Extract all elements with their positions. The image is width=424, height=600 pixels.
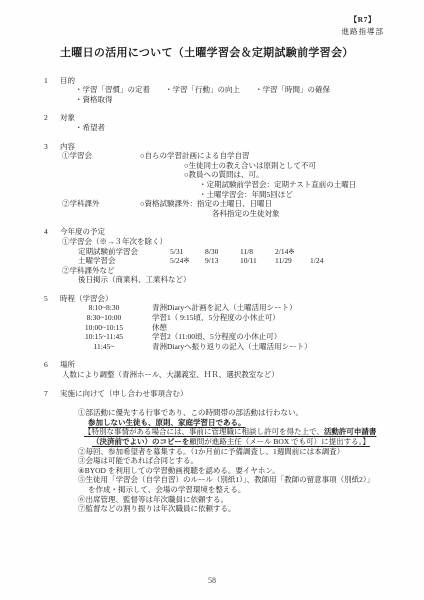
content-group1-row: ①学習会 ○自らの学習計画による自学自習 bbox=[44, 151, 404, 161]
date-row-saturday: 土曜学習会 5/24※ 9/13 10/11 11/29 1/24 bbox=[44, 256, 404, 266]
section-target-heading: 2対象 bbox=[44, 113, 404, 123]
section-place: 6場所 人数により調整（青洲ホール、大講義室、ＨＲ、選択教室など） bbox=[44, 360, 404, 379]
group1-item2: ○生徒同士の教え合いは原則として不可 bbox=[184, 161, 404, 171]
impl-item1-emphasis: 参加しない生徒も、原則、家庭学習日である。 bbox=[88, 418, 404, 428]
document-page: 【R7】 進路指導部 土曜日の活用について（土曜学習会＆定期試験前学習会） 1目… bbox=[0, 0, 424, 600]
section-heading-text: 目的 bbox=[60, 76, 75, 85]
year-sub2: ②学科課外など bbox=[62, 266, 404, 276]
impl-note-line1: 【特別な事情がある場合には、事前に管理職に相談し許可を得た上で、活動許可申請書 bbox=[84, 427, 404, 437]
date-cell: 5/31 bbox=[170, 247, 205, 257]
date-cell: 11/29 bbox=[275, 256, 310, 266]
section-heading-text: 今年度の予定 bbox=[60, 227, 105, 236]
date-row-exam: 定期試験前学習会 5/31 8/30 11/8 2/14※ bbox=[44, 247, 404, 257]
timetable-row: 10:00~10:15 休憩 bbox=[44, 323, 404, 333]
time-desc: 青洲Diaryへ振り返りの記入（土曜活用シート） bbox=[152, 342, 312, 352]
section-number: 7 bbox=[44, 389, 60, 399]
section-number: 4 bbox=[44, 227, 60, 237]
section-place-heading: 6場所 bbox=[44, 360, 404, 370]
year-sub1: ①学習会（※→３年次を除く） bbox=[62, 237, 404, 247]
group1-label: ①学習会 bbox=[62, 151, 140, 161]
time-cell: 10:00~10:15 bbox=[78, 323, 130, 333]
note-part-bold: （決済前でよい）のコピーを bbox=[92, 437, 189, 446]
group1-item3: ○教員への質問は、可。 bbox=[184, 170, 404, 180]
page-number: 58 bbox=[0, 576, 424, 586]
time-desc: 休憩 bbox=[152, 323, 167, 333]
impl-item1: ①部活動に優先する行事であり、この時間帯の部活動は行わない。 bbox=[78, 408, 404, 418]
department-name: 進路指導部 bbox=[342, 27, 385, 37]
note-part-regular: 顧問が進路主任（メール BOX でも可）に提出する。】 bbox=[189, 437, 370, 446]
date-cell: 1/24 bbox=[310, 256, 345, 266]
group2-item1: ○資格試験課外：指定の土曜日、日曜日 bbox=[140, 199, 272, 209]
section-implementation-heading: 7実施に向けて（申し合わせ事項含む） bbox=[44, 389, 404, 399]
impl-item2: ②毎回、参加希望者を募集する。（1か月前に予備調査し、1週間前には本調査） bbox=[78, 447, 404, 457]
section-timetable: 5時程（学習会） 8:10~8:30 青洲Diaryへ計画を記入（土曜活用シート… bbox=[44, 294, 404, 352]
group1-subitem1: ・定期試験前学習会：定期テスト直前の土曜日 bbox=[199, 180, 404, 190]
section-implementation: 7実施に向けて（申し合わせ事項含む） ①部活動に優先する行事であり、この時間帯の… bbox=[44, 389, 404, 514]
group2-item1-cont: 各科指定の生徒対象 bbox=[212, 209, 404, 219]
timetable-row: 11:45~ 青洲Diaryへ振り返りの記入（土曜活用シート） bbox=[44, 342, 404, 352]
timetable-row: 8:10~8:30 青洲Diaryへ計画を記入（土曜活用シート） bbox=[44, 303, 404, 313]
page-title: 土曜日の活用について（土曜学習会＆定期試験前学習会） bbox=[60, 49, 424, 59]
impl-item5-line1: ⑤生徒用「学習会（自学自習）のルール（別紙1）」、教師用「教師の留意事項（別紙2… bbox=[78, 475, 404, 485]
section-content-heading: 3内容 bbox=[44, 142, 404, 152]
section-number: 2 bbox=[44, 113, 60, 123]
date-cell: 5/24※ bbox=[170, 256, 205, 266]
date-row-label: 定期試験前学習会 bbox=[78, 247, 170, 257]
section-number: 3 bbox=[44, 142, 60, 152]
place-line: 人数により調整（青洲ホール、大講義室、ＨＲ、選択教室など） bbox=[62, 370, 404, 380]
section-number: 1 bbox=[44, 76, 60, 86]
time-desc: 学習1（ 9:15頃、5分程度の小休止可） bbox=[152, 313, 280, 323]
purpose-bullet-qualification: ・資格取得 bbox=[75, 95, 404, 105]
date-cell: 11/8 bbox=[240, 247, 275, 257]
document-body: 1目的 ・学習「習慣」の定着 ・学習「行動」の向上 ・学習「時間」の確保 ・資格… bbox=[44, 76, 404, 514]
section-heading-text: 対象 bbox=[60, 113, 75, 122]
date-cell: 9/13 bbox=[205, 256, 240, 266]
timetable-row: 8:30~10:00 学習1（ 9:15頃、5分程度の小休止可） bbox=[44, 313, 404, 323]
impl-note-line2: （決済前でよい）のコピーを顧問が進路主任（メール BOX でも可）に提出する。】 bbox=[92, 437, 404, 447]
date-cell: 8/30 bbox=[205, 247, 240, 257]
section-heading-text: 内容 bbox=[60, 142, 75, 151]
date-cell: 2/14※ bbox=[275, 247, 310, 257]
purpose-bullets-line: ・学習「習慣」の定着 ・学習「行動」の向上 ・学習「時間」の確保 bbox=[75, 85, 404, 95]
time-cell: 10:15~11:45 bbox=[78, 332, 130, 342]
section-purpose-heading: 1目的 bbox=[44, 76, 404, 86]
timetable-row: 10:15~11:45 学習2（11:00頃、5分程度の小休止可） bbox=[44, 332, 404, 342]
target-bullet: ・希望者 bbox=[75, 123, 404, 133]
date-row-label: 土曜学習会 bbox=[78, 256, 170, 266]
time-cell: 8:10~8:30 bbox=[78, 303, 130, 313]
date-cell: 10/11 bbox=[240, 256, 275, 266]
time-cell: 8:30~10:00 bbox=[78, 313, 130, 323]
time-desc: 学習2（11:00頃、5分程度の小休止可） bbox=[152, 332, 281, 342]
time-desc: 青洲Diaryへ計画を記入（土曜活用シート） bbox=[152, 303, 297, 313]
section-year-heading: 4今年度の予定 bbox=[44, 227, 404, 237]
fiscal-year-tag: 【R7】 bbox=[342, 15, 385, 25]
section-purpose: 1目的 ・学習「習慣」の定着 ・学習「行動」の向上 ・学習「時間」の確保 ・資格… bbox=[44, 76, 404, 105]
section-heading-text: 時程（学習会） bbox=[60, 294, 113, 303]
section-target: 2対象 ・希望者 bbox=[44, 113, 404, 132]
section-number: 5 bbox=[44, 294, 60, 304]
impl-item7: ⑦監督などの割り振りは年次職員に依頼する。 bbox=[78, 504, 404, 514]
impl-item3: ③会場は可能であれば合同とする。 bbox=[78, 456, 404, 466]
note-part-bold: 活動許可申請書 bbox=[324, 427, 377, 436]
section-number: 6 bbox=[44, 360, 60, 370]
group2-label: ②学科課外 bbox=[62, 199, 140, 209]
note-part-regular: 【特別な事情がある場合には、事前に管理職に相談し許可を得た上で、 bbox=[84, 427, 324, 436]
impl-item6: ⑥出席管理、監督等は年次職員に依頼する。 bbox=[78, 495, 404, 505]
section-content: 3内容 ①学習会 ○自らの学習計画による自学自習 ○生徒同士の教え合いは原則とし… bbox=[44, 142, 404, 219]
section-heading-text: 実施に向けて（申し合わせ事項含む） bbox=[60, 389, 188, 398]
section-heading-text: 場所 bbox=[60, 360, 75, 369]
date-cell bbox=[310, 247, 345, 257]
time-cell: 11:45~ bbox=[78, 342, 130, 352]
content-group2-row: ②学科課外 ○資格試験課外：指定の土曜日、日曜日 bbox=[44, 199, 404, 209]
year-sub2-line: 後日掲示（商業科、工業科など） bbox=[78, 275, 404, 285]
impl-item4: ④BYOD を利用しての学習動画視聴を認める。要イヤホン。 bbox=[78, 466, 404, 476]
group1-subitem2: ・土曜学習会：年間5回ほど bbox=[199, 190, 404, 200]
header-block: 【R7】 進路指導部 bbox=[342, 15, 385, 36]
section-schedule-year: 4今年度の予定 ①学習会（※→３年次を除く） 定期試験前学習会 5/31 8/3… bbox=[44, 227, 404, 285]
impl-item5-line2: を作成・掲示して、会場の学習環境を整える。 bbox=[88, 485, 404, 495]
group1-item1: ○自らの学習計画による自学自習 bbox=[140, 151, 250, 161]
